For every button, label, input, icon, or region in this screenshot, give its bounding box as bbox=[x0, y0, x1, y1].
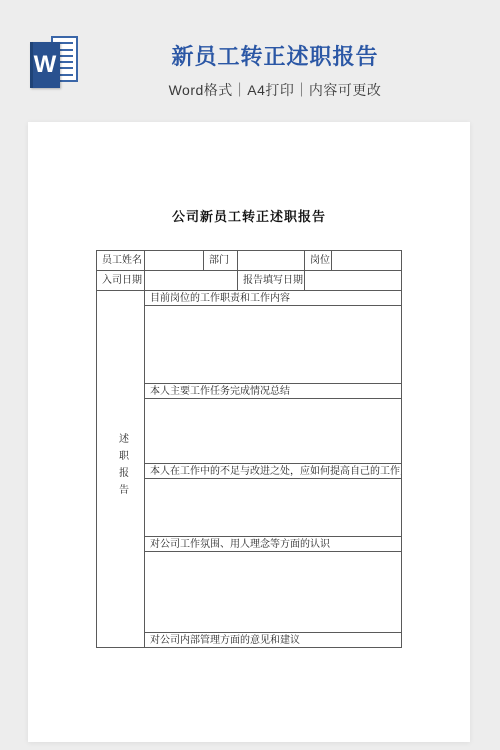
employee-name-field[interactable] bbox=[145, 251, 204, 271]
section-heading-4: 对公司工作氛围、用人理念等方面的认识 bbox=[145, 537, 402, 552]
report-form-table: 员工姓名 部门 岗位 入司日期 报告填写日期 述职报告 目前岗位的工作职责和工作… bbox=[96, 250, 402, 648]
section-content-1[interactable] bbox=[145, 306, 402, 384]
section-heading-1: 目前岗位的工作职责和工作内容 bbox=[145, 291, 402, 306]
header-text: 新员工转正述职报告 Word格式｜A4打印｜内容可更改 bbox=[80, 40, 470, 100]
entry-date-label: 入司日期 bbox=[97, 271, 145, 291]
entry-date-field[interactable] bbox=[145, 271, 238, 291]
word-letter: W bbox=[34, 51, 57, 79]
section-content-4[interactable] bbox=[145, 552, 402, 633]
section-heading-3: 本人在工作中的不足与改进之处，应如何提高自己的工作业绩 bbox=[145, 464, 402, 479]
section-row: 述职报告 目前岗位的工作职责和工作内容 bbox=[97, 291, 402, 306]
report-side-label-cell: 述职报告 bbox=[97, 291, 145, 648]
section-heading-5: 对公司内部管理方面的意见和建议 bbox=[145, 633, 402, 648]
section-content-3[interactable] bbox=[145, 479, 402, 537]
word-file-icon: W bbox=[30, 33, 80, 89]
report-date-field[interactable] bbox=[305, 271, 402, 291]
department-field[interactable] bbox=[238, 251, 305, 271]
report-date-label: 报告填写日期 bbox=[238, 271, 305, 291]
department-label: 部门 bbox=[204, 251, 238, 271]
employee-name-label: 员工姓名 bbox=[97, 251, 145, 271]
document-title: 公司新员工转正述职报告 bbox=[28, 122, 470, 225]
word-w-badge: W bbox=[30, 42, 60, 88]
info-row-2: 入司日期 报告填写日期 bbox=[97, 271, 402, 291]
position-label: 岗位 bbox=[305, 251, 332, 271]
template-header: W 新员工转正述职报告 Word格式｜A4打印｜内容可更改 bbox=[0, 0, 500, 122]
template-subtitle: Word格式｜A4打印｜内容可更改 bbox=[80, 80, 470, 100]
info-row-1: 员工姓名 部门 岗位 bbox=[97, 251, 402, 271]
report-vertical-label: 述职报告 bbox=[110, 433, 135, 501]
section-content-2[interactable] bbox=[145, 399, 402, 464]
section-heading-2: 本人主要工作任务完成情况总结 bbox=[145, 384, 402, 399]
document-page: 公司新员工转正述职报告 员工姓名 部门 岗位 入司日期 报告填写日期 述职报告 … bbox=[28, 122, 470, 742]
template-title: 新员工转正述职报告 bbox=[80, 40, 470, 71]
position-field[interactable] bbox=[332, 251, 402, 271]
